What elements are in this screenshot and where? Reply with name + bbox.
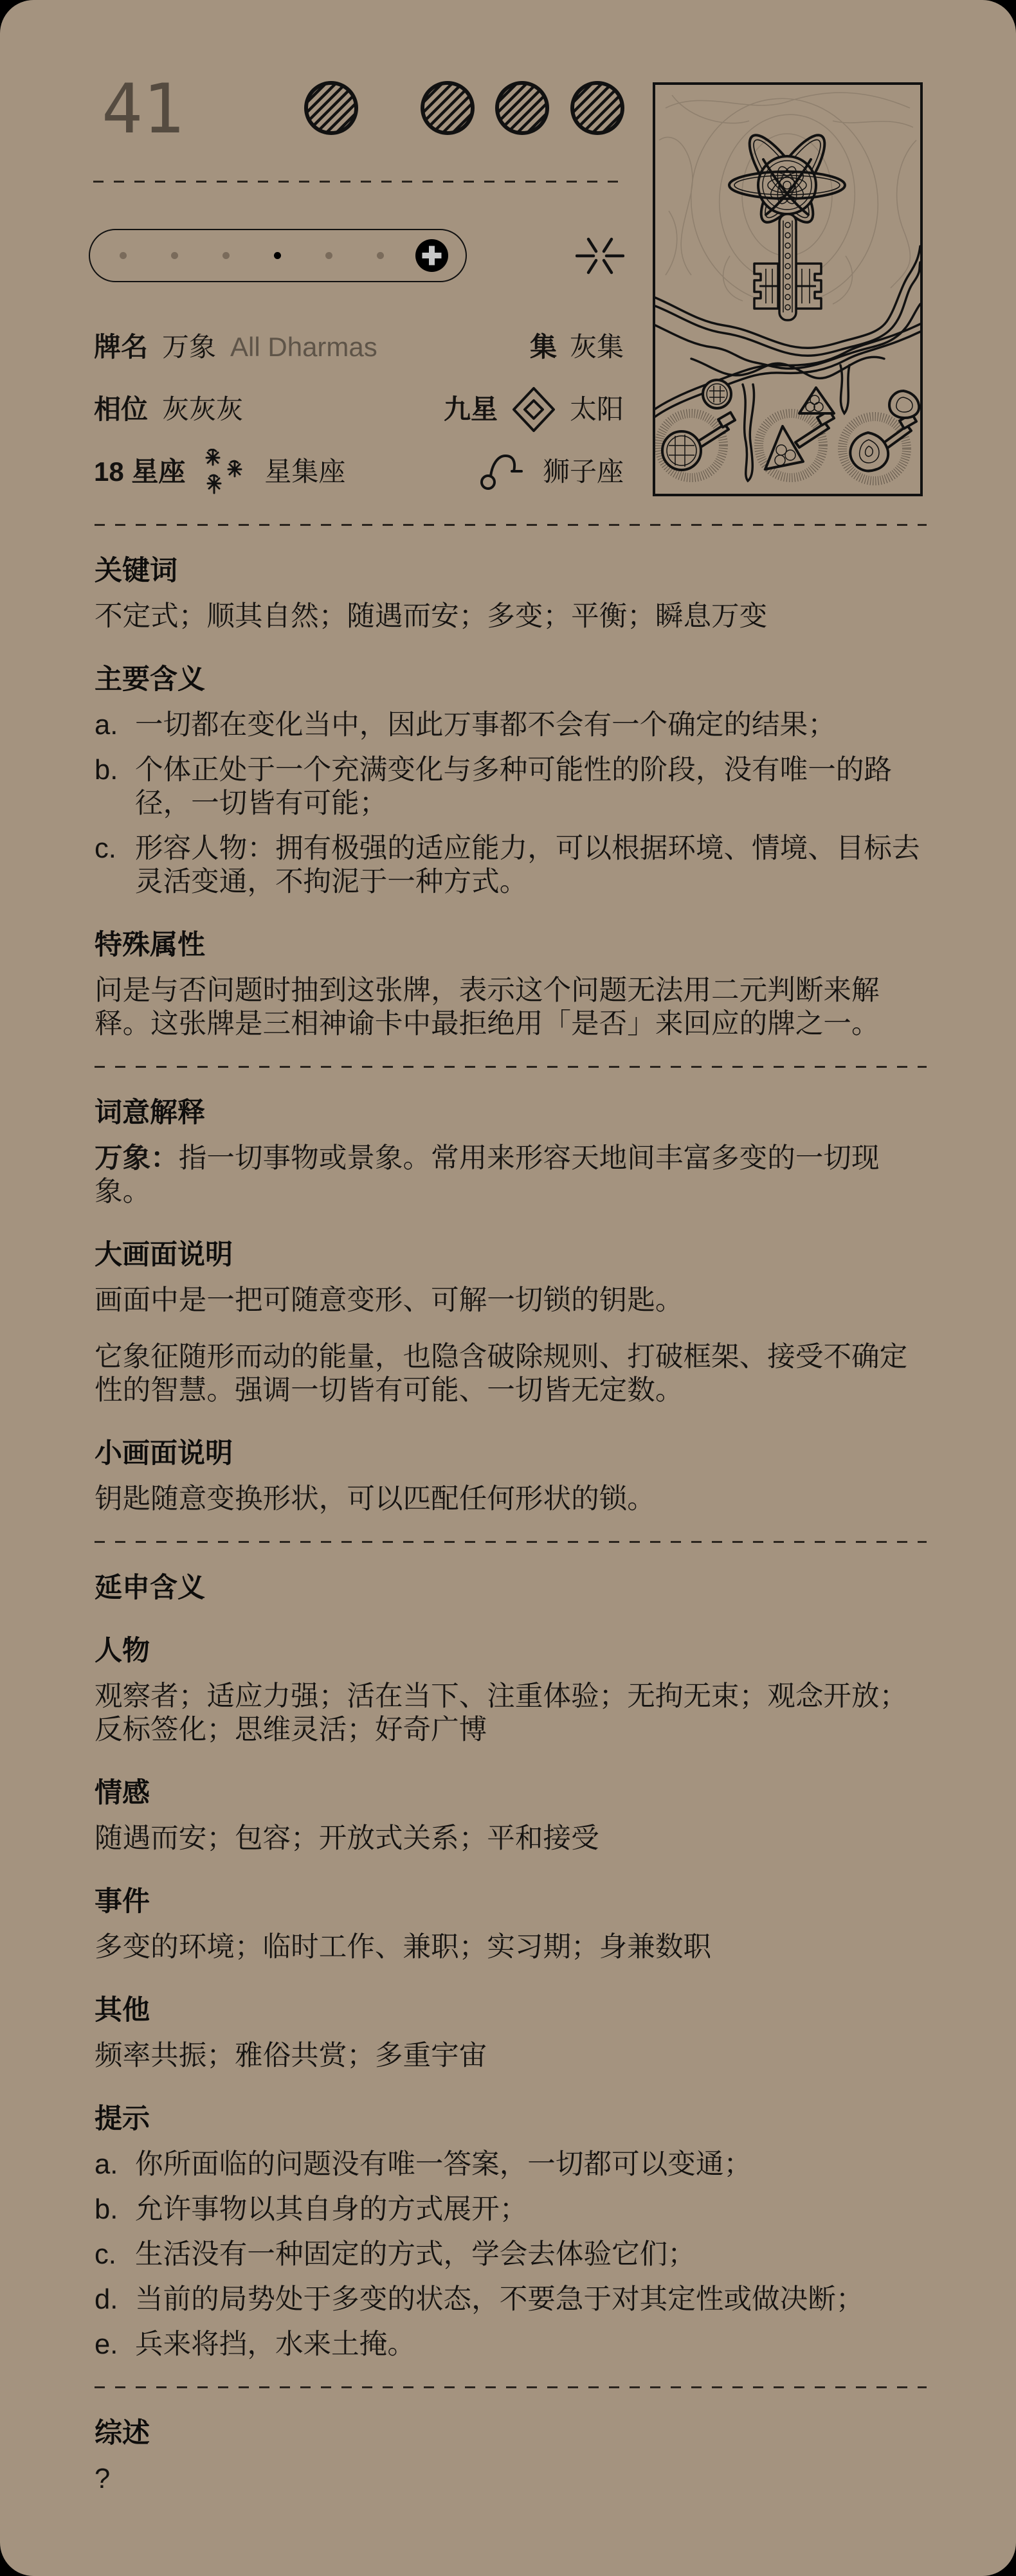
section-summary: 综述 ? xyxy=(95,2417,927,2496)
pager-dot[interactable] xyxy=(325,252,332,259)
list-marker: c. xyxy=(95,2238,135,2271)
main-meaning-list: a. 一切都在变化当中，因此万事都不会有一个确定的结果； b. 个体正处于一个充… xyxy=(95,708,927,899)
section-keywords: 关键词 不定式；顺其自然；随遇而安；多变；平衡；瞬息万变 xyxy=(95,554,927,633)
sparkle-icon[interactable] xyxy=(576,237,624,275)
list-item: b. 允许事物以其自身的方式展开； xyxy=(95,2193,927,2226)
small-picture-text: 钥匙随意变换形状，可以匹配任何形状的锁。 xyxy=(95,1482,927,1516)
definition: 指一切事物或景象。常用来形容天地间丰富多变的一切现象。 xyxy=(95,1143,880,1207)
extended-tips: 提示 a. 你所面临的问题没有唯一答案，一切都可以变通； b. 允许事物以其自身… xyxy=(95,2102,927,2361)
divider xyxy=(95,1066,927,1068)
group-title: 事件 xyxy=(95,1885,927,1918)
list-item: d. 当前的局势处于多变的状态，不要急于对其定性或做决断； xyxy=(95,2283,927,2316)
info-row-constellation: 18 星座 星集座 xyxy=(94,455,624,489)
keywords-text: 不定式；顺其自然；随遇而安；多变；平衡；瞬息万变 xyxy=(95,600,927,633)
group-title: 其他 xyxy=(95,1994,927,2027)
section-extended: 延申含义 xyxy=(95,1571,927,1605)
extended-group-events: 事件 多变的环境；临时工作、兼职；实习期；身兼数职 xyxy=(95,1885,927,1964)
section-title: 特殊属性 xyxy=(95,928,927,962)
phase-value: 灰灰灰 xyxy=(162,393,243,426)
nine-star-label: 九星 xyxy=(444,393,498,426)
word-meaning-text: 万象：指一切事物或景象。常用来形容天地间丰富多变的一切现象。 xyxy=(95,1142,927,1209)
list-marker: e. xyxy=(95,2328,135,2361)
list-text: 个体正处于一个充满变化与多种可能性的阶段，没有唯一的路径，一切皆有可能； xyxy=(135,753,927,820)
section-word-meaning: 词意解释 万象：指一切事物或景象。常用来形容天地间丰富多变的一切现象。 xyxy=(95,1096,927,1209)
group-text: 多变的环境；临时工作、兼职；实习期；身兼数职 xyxy=(95,1931,927,1964)
list-marker: a. xyxy=(95,2148,135,2181)
hatched-circle-icon xyxy=(306,83,356,133)
card-pager xyxy=(89,229,467,282)
group-text: 观察者；适应力强；活在当下、注重体验；无拘无束；观念开放；反标签化；思维灵活；好… xyxy=(95,1680,927,1747)
list-item: a. 一切都在变化当中，因此万事都不会有一个确定的结果； xyxy=(95,708,927,742)
set-label: 集 xyxy=(530,330,557,364)
card-detail-page: 41 xyxy=(0,0,1016,2576)
divider xyxy=(95,2386,927,2388)
constellation-label: 18 星座 xyxy=(94,455,185,489)
list-item: a. 你所面临的问题没有唯一答案，一切都可以变通； xyxy=(95,2148,927,2181)
list-marker: b. xyxy=(95,753,135,820)
hatched-circle-icon xyxy=(422,83,473,133)
leo-icon xyxy=(480,453,523,491)
list-marker: b. xyxy=(95,2193,135,2226)
pager-dot[interactable] xyxy=(120,252,127,259)
phase-label: 相位 xyxy=(94,393,148,426)
summary-text: ? xyxy=(95,2462,927,2496)
list-text: 一切都在变化当中，因此万事都不会有一个确定的结果； xyxy=(135,708,927,742)
group-title: 人物 xyxy=(95,1634,927,1668)
section-title: 词意解释 xyxy=(95,1096,927,1130)
list-item: e. 兵来将挡，水来土掩。 xyxy=(95,2328,927,2361)
section-title: 主要含义 xyxy=(95,663,927,696)
extended-group-other: 其他 频率共振；雅俗共赏；多重宇宙 xyxy=(95,1994,927,2073)
section-main-meaning: 主要含义 a. 一切都在变化当中，因此万事都不会有一个确定的结果； b. 个体正… xyxy=(95,663,927,899)
group-title: 情感 xyxy=(95,1776,927,1810)
list-text: 兵来将挡，水来土掩。 xyxy=(135,2328,927,2361)
group-text: 频率共振；雅俗共赏；多重宇宙 xyxy=(95,2039,927,2073)
name-value-cn: 万象 xyxy=(162,330,216,364)
section-small-picture: 小画面说明 钥匙随意变换形状，可以匹配任何形状的锁。 xyxy=(95,1437,927,1516)
list-text: 你所面临的问题没有唯一答案，一切都可以变通； xyxy=(135,2148,927,2181)
star-cluster-icon xyxy=(205,449,246,495)
pager-dot[interactable] xyxy=(222,252,230,259)
info-row-name: 牌名 万象 All Dharmas 集 灰集 xyxy=(94,330,624,364)
paragraph: 画面中是一把可随意变形、可解一切锁的钥匙。 xyxy=(95,1284,927,1317)
card-info: 牌名 万象 All Dharmas 集 灰集 相位 灰灰灰 九星 xyxy=(94,330,624,489)
hatched-circle-icon xyxy=(497,83,547,133)
term: 万象： xyxy=(95,1143,179,1174)
extended-group-people: 人物 观察者；适应力强；活在当下、注重体验；无拘无束；观念开放；反标签化；思维灵… xyxy=(95,1634,927,1747)
group-title: 提示 xyxy=(95,2102,927,2136)
pager-dot[interactable] xyxy=(377,252,384,259)
hatched-circle-icon xyxy=(572,83,622,133)
card-number: 41 xyxy=(102,75,184,143)
list-text: 形容人物：拥有极强的适应能力，可以根据环境、情境、目标去灵活变通，不拘泥于一种方… xyxy=(135,832,927,899)
section-big-picture: 大画面说明 画面中是一把可随意变形、可解一切锁的钥匙。 它象征随形而动的能量，也… xyxy=(95,1238,927,1407)
section-title: 关键词 xyxy=(95,554,927,588)
name-label: 牌名 xyxy=(94,330,148,364)
phase-indicators xyxy=(296,71,637,148)
list-item: b. 个体正处于一个充满变化与多种可能性的阶段，没有唯一的路径，一切皆有可能； xyxy=(95,753,927,820)
info-row-phase: 相位 灰灰灰 九星 太阳 xyxy=(94,393,624,426)
divider xyxy=(95,1541,927,1543)
diamond-icon xyxy=(512,386,556,433)
list-text: 生活没有一种固定的方式，学会去体验它们； xyxy=(135,2238,927,2271)
list-marker: d. xyxy=(95,2283,135,2316)
card-illustration xyxy=(653,82,923,496)
special-text: 问是与否问题时抽到这张牌，表示这个问题无法用二元判断来解释。这张牌是三相神谕卡中… xyxy=(95,974,927,1041)
divider xyxy=(93,181,624,183)
paragraph: 它象征随形而动的能量，也隐含破除规则、打破框架、接受不确定性的智慧。强调一切皆有… xyxy=(95,1340,927,1407)
section-title: 小画面说明 xyxy=(95,1437,927,1470)
list-item: c. 形容人物：拥有极强的适应能力，可以根据环境、情境、目标去灵活变通，不拘泥于… xyxy=(95,832,927,899)
set-value: 灰集 xyxy=(570,330,624,364)
divider xyxy=(95,524,927,526)
extended-group-emotion: 情感 随遇而安；包容；开放式关系；平和接受 xyxy=(95,1776,927,1855)
section-special: 特殊属性 问是与否问题时抽到这张牌，表示这个问题无法用二元判断来解释。这张牌是三… xyxy=(95,928,927,1041)
add-button[interactable] xyxy=(415,239,448,272)
section-title: 延申含义 xyxy=(95,1571,927,1605)
section-title: 大画面说明 xyxy=(95,1238,927,1272)
section-title: 综述 xyxy=(95,2417,927,2450)
pager-dot-active[interactable] xyxy=(274,252,281,259)
list-marker: a. xyxy=(95,708,135,742)
list-text: 当前的局势处于多变的状态，不要急于对其定性或做决断； xyxy=(135,2283,927,2316)
name-value-en: All Dharmas xyxy=(230,330,377,364)
card-meaning-content: 关键词 不定式；顺其自然；随遇而安；多变；平衡；瞬息万变 主要含义 a. 一切都… xyxy=(95,524,927,2496)
group-text: 随遇而安；包容；开放式关系；平和接受 xyxy=(95,1822,927,1855)
list-text: 允许事物以其自身的方式展开； xyxy=(135,2193,927,2226)
pager-dot[interactable] xyxy=(171,252,178,259)
constellation-value: 星集座 xyxy=(264,455,345,489)
list-marker: c. xyxy=(95,832,135,899)
nine-star-value: 太阳 xyxy=(570,393,624,426)
tips-list: a. 你所面临的问题没有唯一答案，一切都可以变通； b. 允许事物以其自身的方式… xyxy=(95,2148,927,2361)
zodiac-value: 狮子座 xyxy=(543,455,624,489)
list-item: c. 生活没有一种固定的方式，学会去体验它们； xyxy=(95,2238,927,2271)
